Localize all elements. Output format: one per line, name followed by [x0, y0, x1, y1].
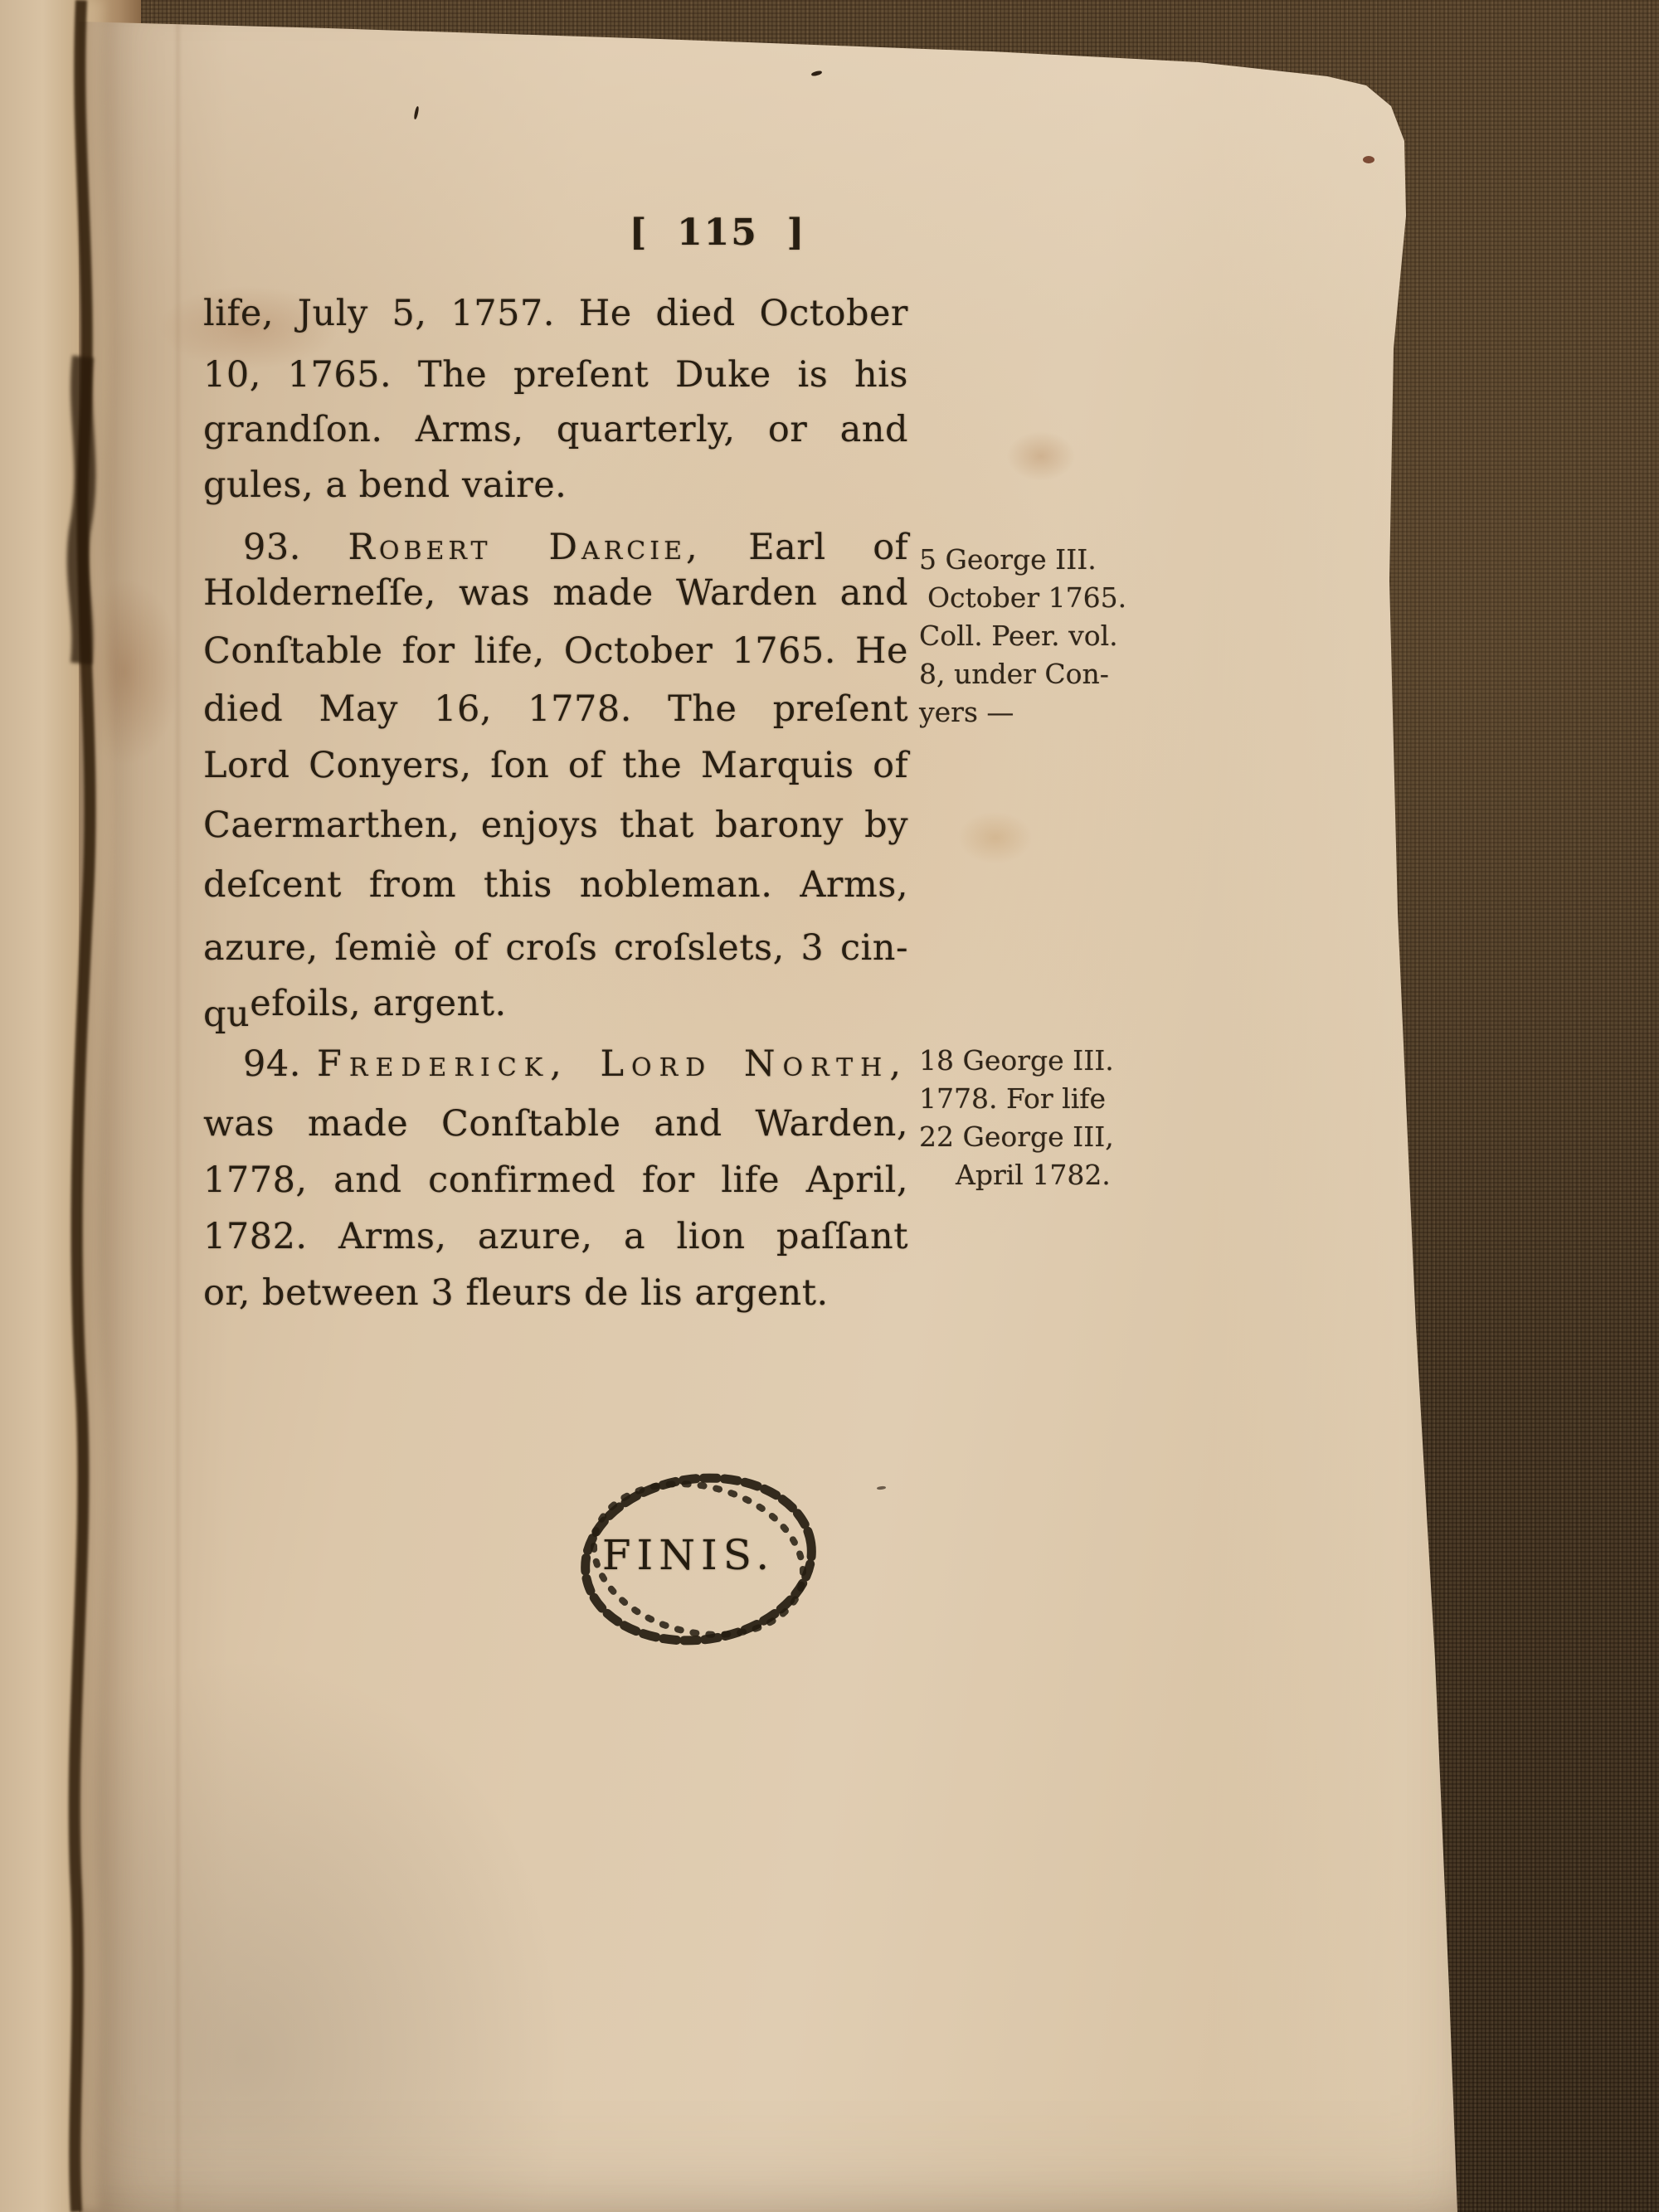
margin-note-line: 5 George III. [919, 541, 1218, 579]
text-line: or, between 3 fleurs de lis argent. [203, 1272, 908, 1314]
book-page: [ 115 ] life, July 5, 1757. He died Octo… [79, 0, 1460, 2212]
text-line: 10, 1765. The preſent Duke is his [203, 354, 908, 396]
margin-note-line: 22 George III, [919, 1118, 1218, 1156]
paper-fold-line [177, 0, 179, 2212]
text-line: deſcent from this nobleman. Arms, [203, 864, 908, 906]
dropped-type-qu: qu [203, 994, 250, 1035]
text-line: was made Conſtable and Warden, [203, 1103, 908, 1145]
finis-ornament: FINIS. [578, 1466, 819, 1655]
text-line: Lord Conyers, ſon of the Marquis of [203, 745, 908, 786]
entry-name-small-caps: Frederick, Lord North, [317, 1043, 908, 1085]
entry-title: Earl of [748, 527, 908, 568]
text-line: 1778, and confirmed for life April, [203, 1159, 908, 1201]
entry-number: 94. [243, 1043, 301, 1085]
entry-number: 93. [243, 527, 301, 568]
text-line: died May 16, 1778. The preſent [203, 688, 908, 730]
text-line-dropped-qu: quefoils, argent. [203, 983, 908, 1024]
text-line: Conſtable for life, October 1765. He [203, 630, 908, 672]
text-line: 1782. Arms, azure, a lion paſſant [203, 1216, 908, 1257]
finis-label: FINIS. [578, 1531, 799, 1579]
margin-note-line: Coll. Peer. vol. [919, 617, 1218, 655]
margin-note-line: April 1782. [919, 1156, 1218, 1194]
text-line: gules, a bend vaire. [203, 464, 908, 506]
text-line-rest: efoils, argent. [250, 983, 506, 1024]
text-line-entry-93: 93. Robert Darcie, Earl of [203, 527, 908, 568]
margin-note-line: 8, under Con- [919, 655, 1218, 693]
margin-note-line: 1778. For life [919, 1080, 1218, 1118]
text-line: azure, ſemiè of croſs croſslets, 3 cin- [203, 927, 908, 969]
margin-note-line: yers — [919, 693, 1218, 732]
text-line: grandſon. Arms, quarterly, or and [203, 409, 908, 450]
margin-note-line: 18 George III. [919, 1042, 1218, 1080]
margin-note-line: October 1765. [919, 579, 1218, 617]
margin-note-entry-94: 18 George III. 1778. For life 22 George … [919, 1042, 1218, 1194]
text-line: Holderneſſe, was made Warden and [203, 572, 908, 614]
margin-note-entry-93: 5 George III. October 1765. Coll. Peer. … [919, 541, 1218, 732]
text-line: life, July 5, 1757. He died October [203, 293, 908, 334]
entry-name-small-caps: Robert Darcie, [348, 527, 701, 568]
ink-speck [877, 1485, 886, 1490]
text-line: Caermarthen, enjoys that barony by [203, 805, 908, 846]
foxing-spot [1363, 156, 1374, 163]
body-text: life, July 5, 1757. He died October 10, … [203, 0, 908, 1410]
text-line-entry-94: 94. Frederick, Lord North, [203, 1043, 908, 1085]
